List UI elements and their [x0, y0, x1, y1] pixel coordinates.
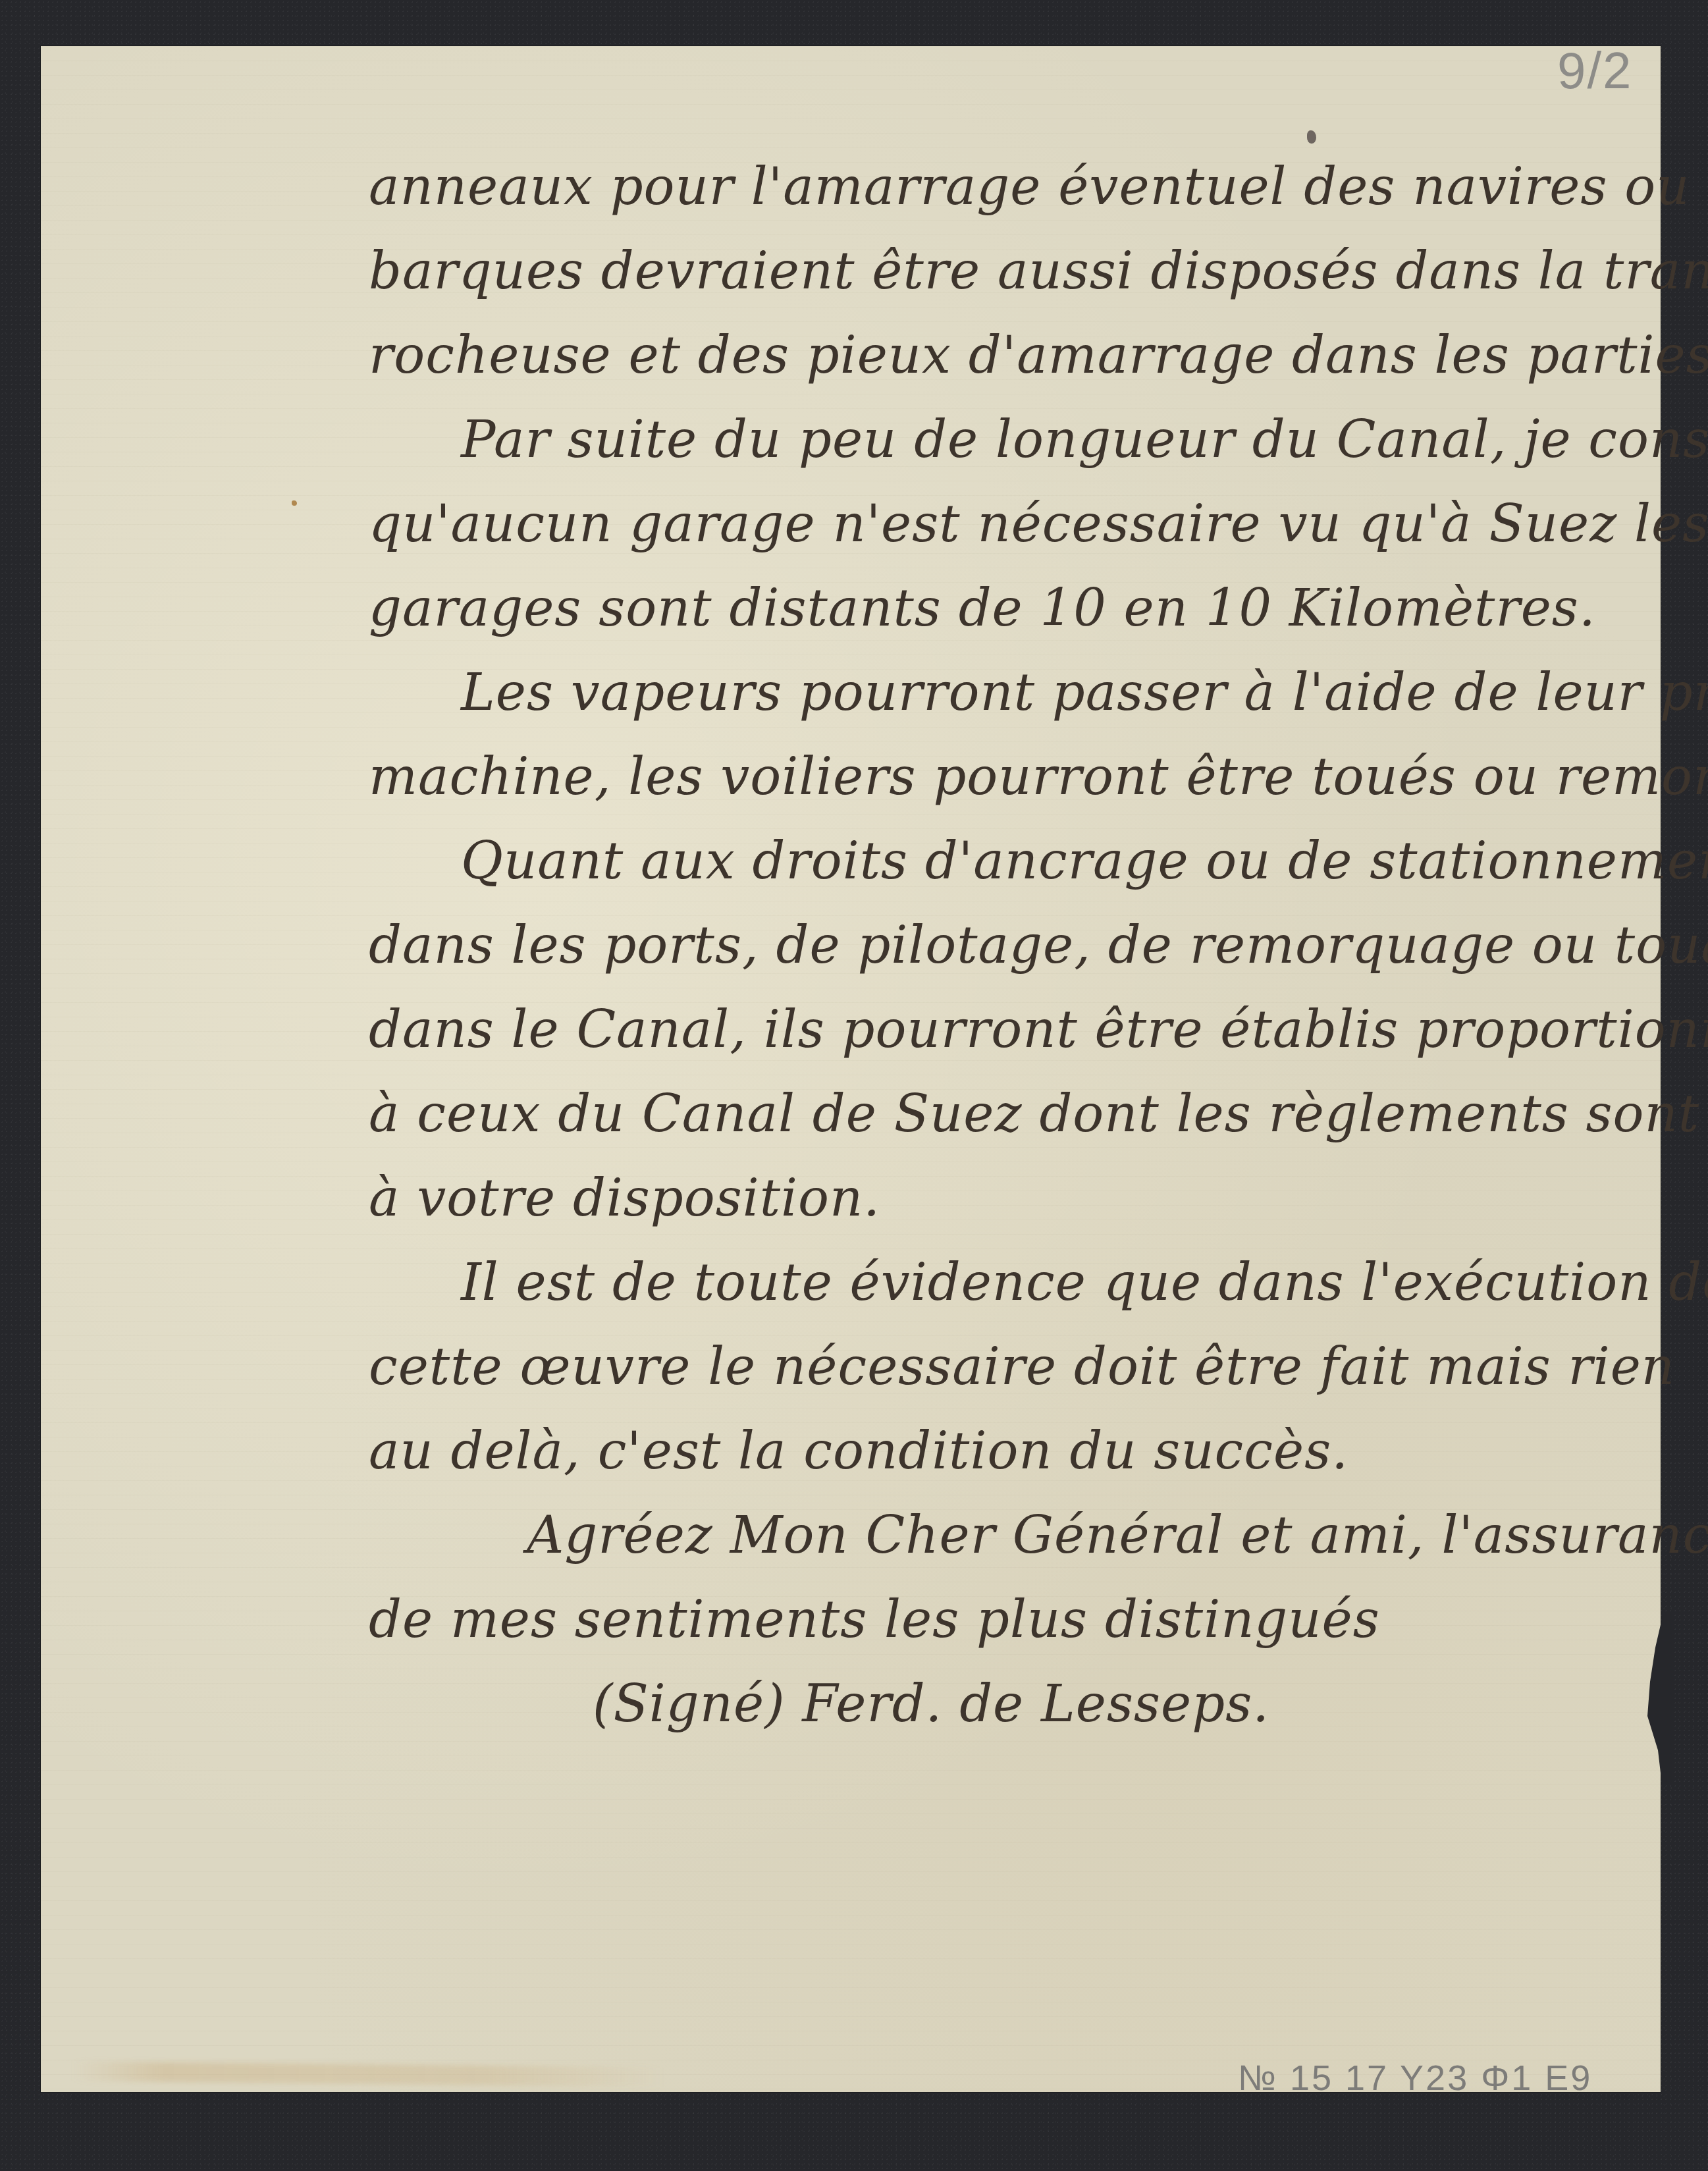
text-line: machine, les voiliers pourront être toué… — [369, 735, 1659, 819]
signature: (Signé) Ferd. de Lesseps. — [369, 1662, 1659, 1746]
text-line: dans le Canal, ils pourront être établis… — [369, 988, 1659, 1072]
text-line: rocheuse et des pieux d'amarrage dans le… — [369, 313, 1659, 398]
text-line: barques devraient être aussi disposés da… — [369, 229, 1659, 313]
foxing-spot — [292, 500, 297, 506]
letter-body: anneaux pour l'amarrage éventuel des nav… — [369, 145, 1659, 1746]
text-line: qu'aucun garage n'est nécessaire vu qu'à… — [369, 482, 1659, 566]
ink-blot — [1307, 130, 1316, 144]
text-line: Par suite du peu de longueur du Canal, j… — [369, 398, 1659, 482]
closing-line: Agréez Mon Cher Général et ami, l'assura… — [369, 1493, 1659, 1578]
text-line: garages sont distants de 10 en 10 Kilomè… — [369, 566, 1659, 651]
closing-line: de mes sentiments les plus distingués — [369, 1578, 1659, 1662]
text-line: Les vapeurs pourront passer à l'aide de … — [369, 651, 1659, 735]
folio-number: 9/2 — [1557, 41, 1632, 101]
archive-reference: № 15 17 Y23 Φ1 E9 — [1238, 2058, 1592, 2099]
text-line: dans les ports, de pilotage, de remorqua… — [369, 903, 1659, 988]
text-line: à ceux du Canal de Suez dont les règleme… — [369, 1072, 1659, 1156]
text-line: cette œuvre le nécessaire doit être fait… — [369, 1325, 1659, 1409]
text-line: anneaux pour l'amarrage éventuel des nav… — [369, 145, 1659, 229]
text-line: Quant aux droits d'ancrage ou de station… — [369, 819, 1659, 903]
text-line: au delà, c'est la condition du succès. — [369, 1409, 1659, 1493]
text-line: à votre disposition. — [369, 1156, 1659, 1241]
text-line: Il est de toute évidence que dans l'exéc… — [369, 1241, 1659, 1325]
